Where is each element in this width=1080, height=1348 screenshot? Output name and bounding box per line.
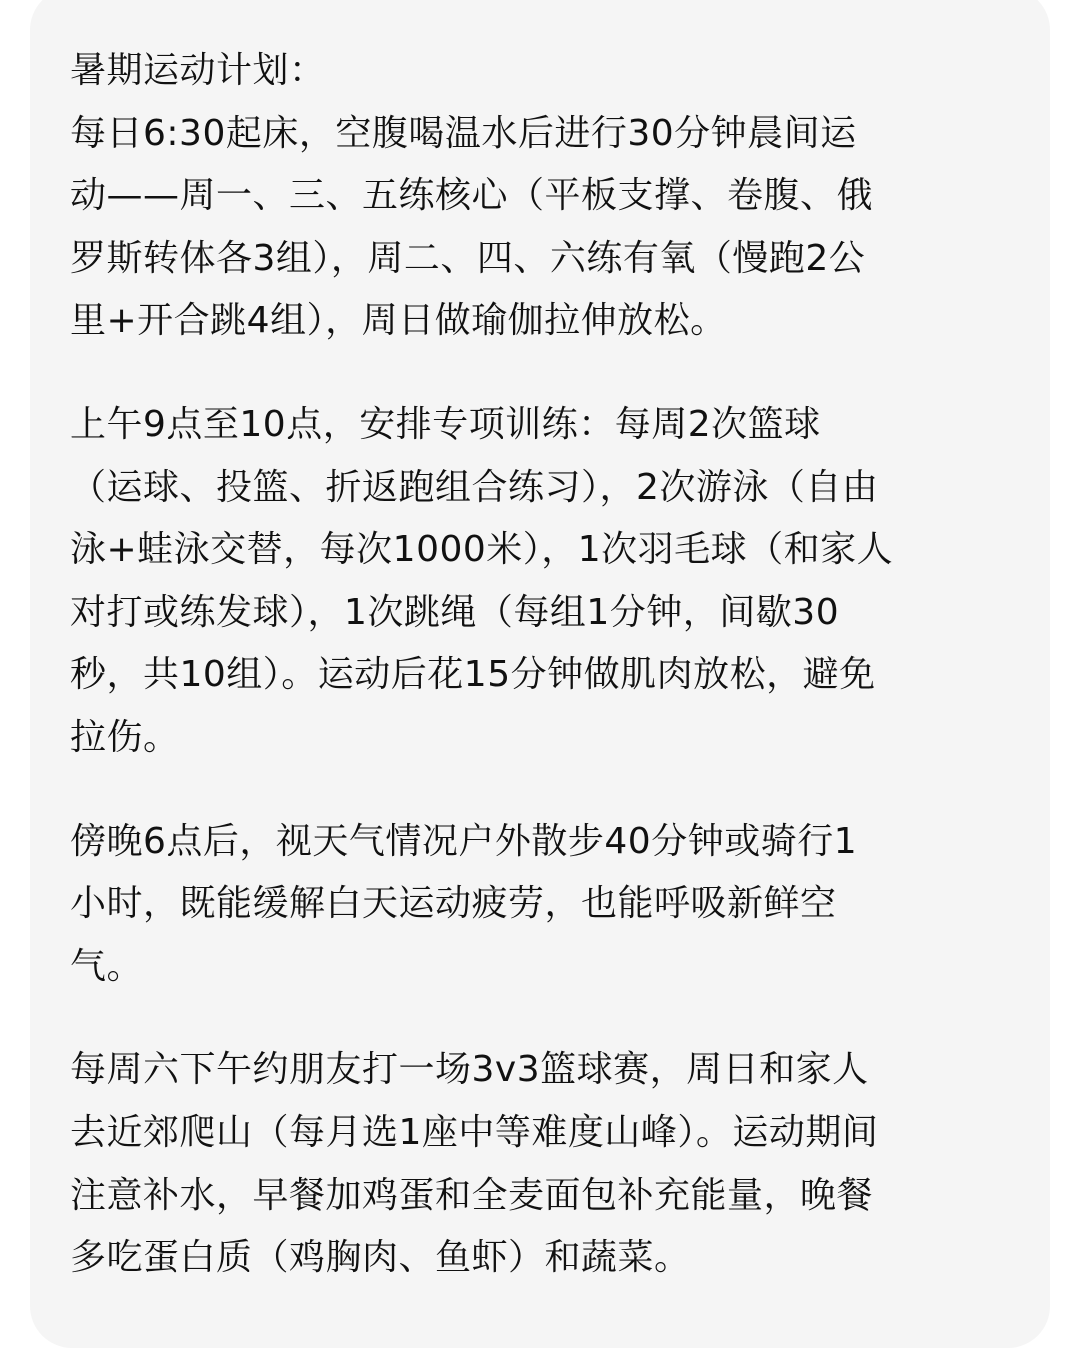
text-line: 秒，共10组）。运动后花15分钟做肌肉放松，避免	[70, 644, 1010, 707]
plan-paragraph-4: 每周六下午约朋友打一场3v3篮球赛，周日和家人 去近郊爬山（每月选1座中等难度山…	[70, 1039, 1010, 1289]
plan-paragraph-3: 傍晚6点后，视天气情况户外散步40分钟或骑行1 小时，既能缓解白天运动疲劳，也能…	[70, 811, 1010, 999]
message-text: 暑期运动计划： 每日6:30起床，空腹喝温水后进行30分钟晨间运 动——周一、三…	[70, 40, 1010, 1290]
text-line: 对打或练发球），1次跳绳（每组1分钟，间歇30	[70, 582, 1010, 645]
text-line: 上午9点至10点，安排专项训练：每周2次篮球	[70, 394, 1010, 457]
text-line: 动——周一、三、五练核心（平板支撑、卷腹、俄	[70, 165, 1010, 228]
text-line: 拉伤。	[70, 707, 1010, 770]
text-line: 每日6:30起床，空腹喝温水后进行30分钟晨间运	[70, 103, 1010, 166]
text-line: 每周六下午约朋友打一场3v3篮球赛，周日和家人	[70, 1039, 1010, 1102]
document-title: 暑期运动计划：	[70, 40, 1010, 103]
text-line: 傍晚6点后，视天气情况户外散步40分钟或骑行1	[70, 811, 1010, 874]
plan-paragraph-2: 上午9点至10点，安排专项训练：每周2次篮球 （运球、投篮、折返跑组合练习），2…	[70, 394, 1010, 770]
text-line: （运球、投篮、折返跑组合练习），2次游泳（自由	[70, 457, 1010, 520]
text-line: 去近郊爬山（每月选1座中等难度山峰）。运动期间	[70, 1102, 1010, 1165]
text-line: 罗斯转体各3组），周二、四、六练有氧（慢跑2公	[70, 228, 1010, 291]
text-line: 注意补水，早餐加鸡蛋和全麦面包补充能量，晚餐	[70, 1165, 1010, 1228]
text-line: 多吃蛋白质（鸡胸肉、鱼虾）和蔬菜。	[70, 1227, 1010, 1290]
text-line: 泳+蛙泳交替，每次1000米），1次羽毛球（和家人	[70, 519, 1010, 582]
text-line: 里+开合跳4组），周日做瑜伽拉伸放松。	[70, 290, 1010, 353]
text-line: 气。	[70, 936, 1010, 999]
message-card: 暑期运动计划： 每日6:30起床，空腹喝温水后进行30分钟晨间运 动——周一、三…	[30, 0, 1050, 1311]
plan-paragraph-1: 暑期运动计划： 每日6:30起床，空腹喝温水后进行30分钟晨间运 动——周一、三…	[70, 40, 1010, 353]
text-line: 小时，既能缓解白天运动疲劳，也能呼吸新鲜空	[70, 873, 1010, 936]
